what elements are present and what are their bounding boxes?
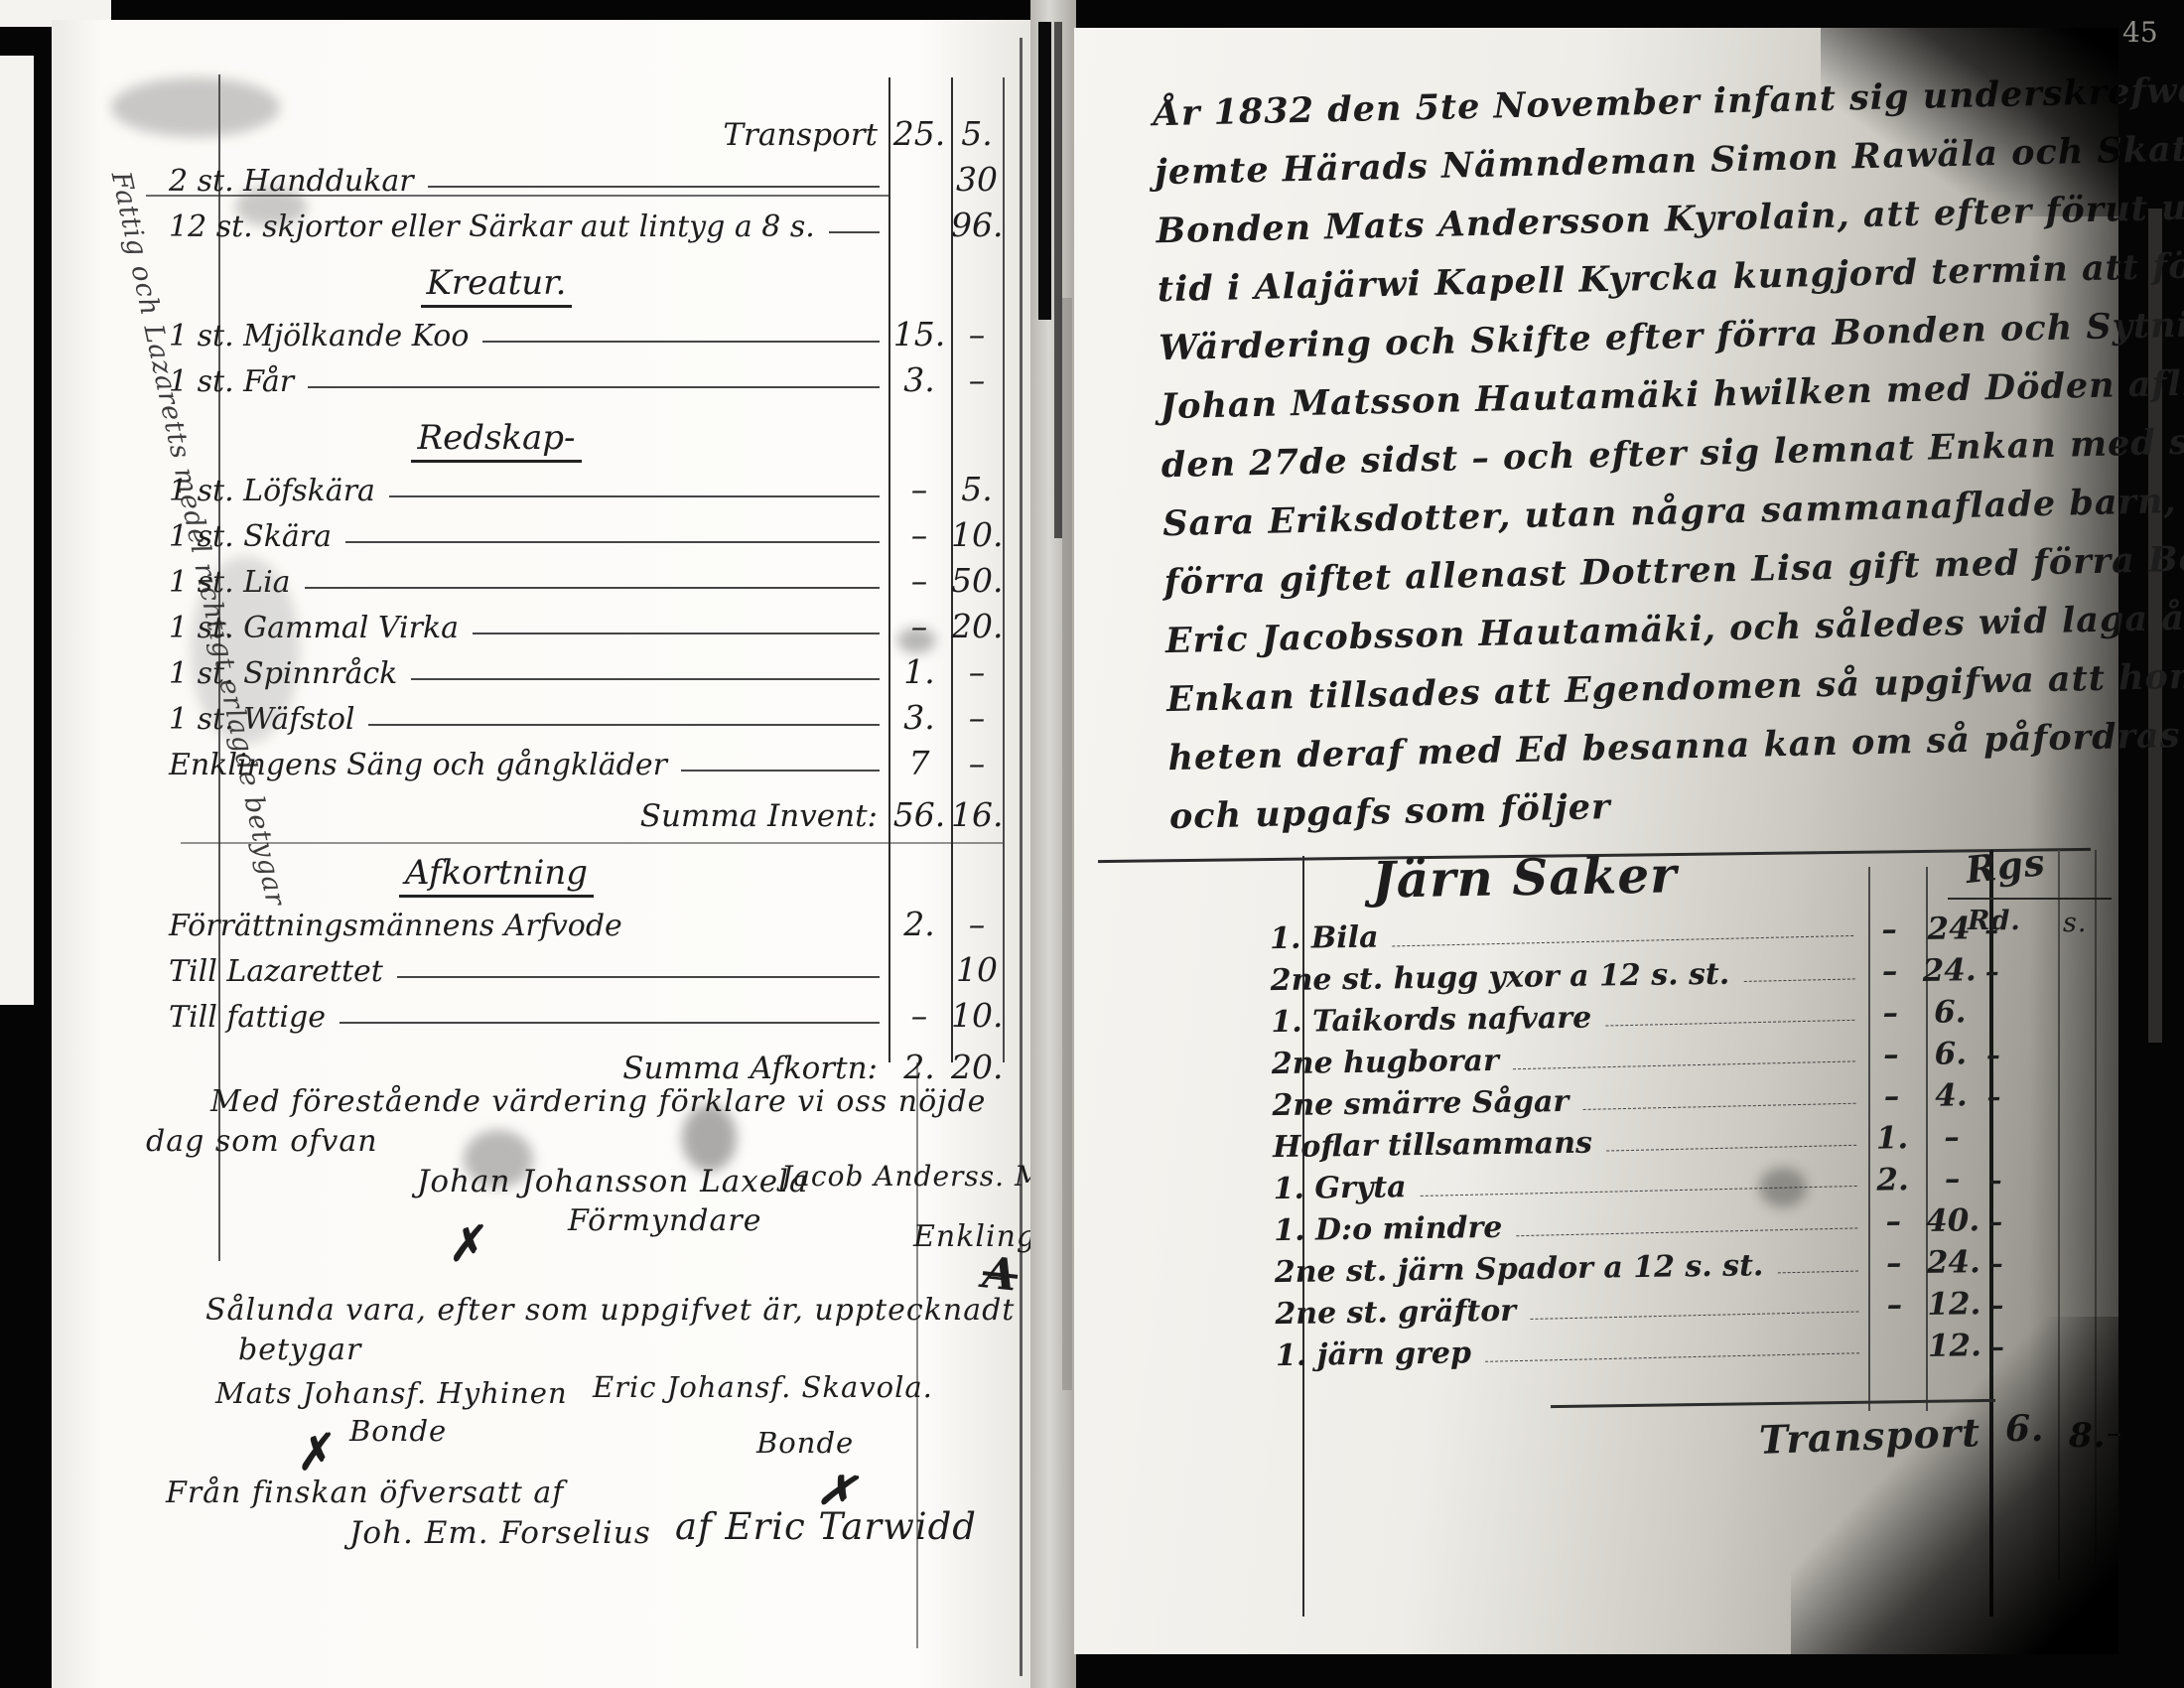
value-skilling: 4. (1919, 1077, 1982, 1114)
page-edge-line (1020, 38, 1023, 1676)
leader-line (397, 976, 880, 978)
row-label: Enklingens Säng och gångkläder (169, 748, 673, 782)
ledger-row: 1 st. Mjölkande Koo15.– (169, 308, 1003, 353)
value-riksdaler: 3. (887, 360, 951, 399)
item-label: 1. Taikords nafvare (1271, 1001, 1597, 1041)
value-skilling: – (951, 315, 1003, 353)
value-skilling: 24. (1917, 952, 1980, 989)
leader-line (1777, 1271, 1857, 1274)
closing-statement-line2: dag som ofvan (146, 1124, 378, 1159)
attest-line1: Sålunda vara, efter som uppgifvet är, up… (205, 1293, 1015, 1328)
house-mark-3: ✗ (291, 1425, 337, 1481)
sum-row: Summa Afkortn:2.20. (169, 1035, 1003, 1086)
stain (235, 187, 307, 226)
value-skilling: 30 (951, 160, 1003, 199)
value-skilling: 6. (1918, 994, 1981, 1031)
value-skilling: – (1920, 1119, 1983, 1156)
tail-dash: – (1983, 1164, 2001, 1196)
tail-dash: – (1982, 1039, 2000, 1071)
value-riksdaler: – (1862, 995, 1918, 1032)
leader-line (428, 186, 880, 188)
value-riksdaler: – (887, 996, 951, 1035)
leader-line (473, 633, 880, 634)
iron-items-list: 1. Bila–24–2ne st. hugg yxor a 12 s. st.… (1270, 905, 2004, 1373)
value-skilling: – (951, 652, 1003, 691)
value-riksdaler: 15. (887, 315, 951, 353)
leader-line (829, 231, 880, 233)
leader-line (1582, 1103, 1855, 1110)
row-label: Förrättningsmännens Arfvode (169, 909, 628, 943)
row-label: 1 st. Skära (169, 519, 338, 554)
item-label: 2ne hugborar (1272, 1044, 1505, 1081)
ledger-row: Till Lazarettet10 (169, 943, 1003, 989)
leader-line (340, 1022, 880, 1024)
row-label: Summa Invent: (640, 798, 887, 834)
value-skilling: 20. (951, 1048, 1003, 1086)
shadow-right-edge (2029, 28, 2118, 1654)
stain (1759, 1168, 1807, 1207)
stain (191, 556, 300, 745)
item-label: 2ne st. järn Spador a 12 s. st. (1275, 1248, 1770, 1290)
value-skilling: 40. (1921, 1202, 1984, 1239)
tail-dash: – (1982, 1080, 2000, 1113)
leader-line (345, 541, 880, 543)
value-riksdaler: 2. (887, 905, 951, 943)
stain (682, 1104, 737, 1172)
value-riksdaler: 1. (1864, 1120, 1920, 1157)
right-page: År 1832 den 5te November infant sig unde… (1074, 28, 2118, 1654)
value-skilling: 10 (951, 950, 1003, 989)
item-label: 2ne st. gräftor (1275, 1294, 1522, 1332)
section-heading: Redskap- (169, 399, 1003, 463)
value-skilling: 10. (951, 996, 1003, 1035)
ledger-row: Förrättningsmännens Arfvode2.– (169, 898, 1003, 943)
value-riksdaler: – (1865, 1203, 1921, 1240)
ledger-row: 1 st. Får3.– (169, 353, 1003, 399)
leader-line (1393, 935, 1854, 947)
section-heading-label: Kreatur. (421, 263, 573, 308)
value-riksdaler: 2. (887, 1048, 951, 1086)
leader-line (1606, 1145, 1856, 1152)
value-riksdaler: 56. (887, 795, 951, 834)
value-riksdaler: 25. (887, 114, 951, 153)
value-skilling: – (951, 905, 1003, 943)
value-skilling: 24. (1922, 1244, 1985, 1281)
page-number: 45 (2122, 16, 2158, 49)
stain (464, 1130, 533, 1188)
value-skilling: – (1920, 1161, 1983, 1197)
spine-shadow-3 (1062, 298, 1072, 1390)
sum-row: Transport25.5. (169, 101, 1003, 153)
role-guardian: Förmyndare (568, 1203, 761, 1238)
witness-1-role: Bonde (349, 1414, 447, 1448)
section-heading: Kreatur. (169, 244, 1003, 308)
value-riksdaler: – (1863, 1037, 1919, 1073)
value-riksdaler: 3. (887, 698, 951, 737)
row-label: 1 st. Löfskära (169, 474, 381, 508)
item-label: Hoflar tillsammans (1273, 1126, 1598, 1166)
tail-dash: – (1980, 914, 1998, 946)
document-scan: 45 Fattig och Lazaretts medel richtigt e… (0, 0, 2184, 1688)
value-skilling: 24 (1917, 911, 1980, 947)
value-riksdaler: – (1866, 1245, 1922, 1282)
ledger-row: 1 st. Löfskära–5. (169, 463, 1003, 508)
tail-dash: – (1980, 955, 1998, 988)
value-skilling: – (951, 698, 1003, 737)
item-label: 1. Bila (1270, 920, 1385, 957)
house-mark-1: ✗ (444, 1217, 488, 1273)
leader-line (389, 495, 880, 497)
value-skilling: 16. (951, 795, 1003, 834)
spine-shadow-1 (1038, 22, 1051, 320)
row-label: Till fattige (169, 1000, 332, 1035)
fold-line-lower (916, 1062, 918, 1648)
ledger-row: Enklingens Säng och gångkläder7– (169, 737, 1003, 782)
leader-line (305, 587, 880, 589)
value-skilling: – (951, 360, 1003, 399)
tail-dash: – (1984, 1205, 2002, 1238)
translation-note: Från finskan öfversatt af (166, 1476, 564, 1510)
left-page: Fattig och Lazaretts medel richtigt erla… (52, 20, 1036, 1688)
stain (111, 77, 280, 137)
leader-line (681, 770, 880, 772)
ledger-row: 1 st. Lia–50. (169, 554, 1003, 600)
money-column-rule-3 (1003, 77, 1005, 1062)
value-riksdaler: – (887, 515, 951, 554)
spine-shadow-2 (1054, 22, 1062, 538)
leader-line (1743, 978, 1853, 982)
row-label: Till Lazarettet (169, 954, 389, 989)
item-label: 1. Gryta (1273, 1170, 1412, 1206)
value-skilling: 6. (1919, 1036, 1982, 1072)
value-riksdaler: – (887, 561, 951, 600)
item-label: 1. järn grep (1276, 1336, 1477, 1373)
value-skilling: 50. (951, 561, 1003, 600)
value-skilling: 20. (951, 607, 1003, 645)
leader-line (1605, 1020, 1854, 1027)
item-label: 1. D:o mindre (1274, 1210, 1509, 1248)
sum-row: Summa Invent:56.16. (169, 782, 1003, 834)
item-label: 2ne st. hugg yxor a 12 s. st. (1270, 957, 1735, 999)
witness-1-name: Mats Johansf. Hyhinen (215, 1376, 568, 1410)
closing-statement-line1: Med förestående värdering förklare vi os… (210, 1084, 986, 1119)
value-skilling: – (951, 744, 1003, 782)
ledger-row: Till fattige–10. (169, 989, 1003, 1035)
value-riksdaler: 2. (1864, 1162, 1920, 1198)
tail-dash: – (1985, 1247, 2003, 1280)
translator-signature-1: Joh. Em. Forselius (349, 1515, 651, 1551)
value-riksdaler: – (887, 470, 951, 508)
leader-line (368, 724, 880, 726)
table-title: Järn Saker (1372, 845, 1678, 909)
left-ledger: Transport25.5.2 st. Handdukar3012 st. sk… (169, 101, 1003, 1086)
value-skilling: 5. (951, 470, 1003, 508)
row-label: Transport (723, 117, 887, 153)
scan-sliver-left (0, 56, 34, 1005)
stain (897, 628, 935, 653)
leader-line (411, 678, 880, 680)
witness-2-name: Eric Johansf. Skavola. (593, 1370, 933, 1404)
value-riksdaler: – (1861, 912, 1917, 948)
value-riksdaler: 1. (887, 652, 951, 691)
witness-2-role: Bonde (756, 1426, 854, 1460)
leader-line (1513, 1060, 1855, 1069)
row-label: Summa Afkortn: (622, 1051, 887, 1086)
value-riksdaler: – (1863, 1078, 1919, 1115)
value-riksdaler: – (1861, 953, 1917, 990)
section-heading-label: Afkortning (399, 853, 594, 898)
row-label: 1 st. Får (169, 364, 300, 399)
section-heading-label: Redskap- (411, 418, 581, 463)
leader-line (482, 341, 880, 343)
value-skilling: 10. (951, 515, 1003, 554)
section-heading: Afkortning (169, 834, 1003, 898)
value-riksdaler: 7 (887, 744, 951, 782)
value-skilling: 96. (951, 206, 1003, 244)
leader-line (308, 386, 880, 388)
ledger-row: 1 st. Wäfstol3.– (169, 691, 1003, 737)
value-skilling: 5. (951, 114, 1003, 153)
translator-signature-2: af Eric Tarwidd (675, 1505, 977, 1548)
attest-line2: betygar (238, 1333, 361, 1367)
item-label: 2ne smärre Sågar (1272, 1084, 1574, 1123)
row-label: 1 st. Mjölkande Koo (169, 319, 475, 353)
ledger-row: 1 st. Skära–10. (169, 508, 1003, 554)
leader-line (1516, 1227, 1857, 1236)
